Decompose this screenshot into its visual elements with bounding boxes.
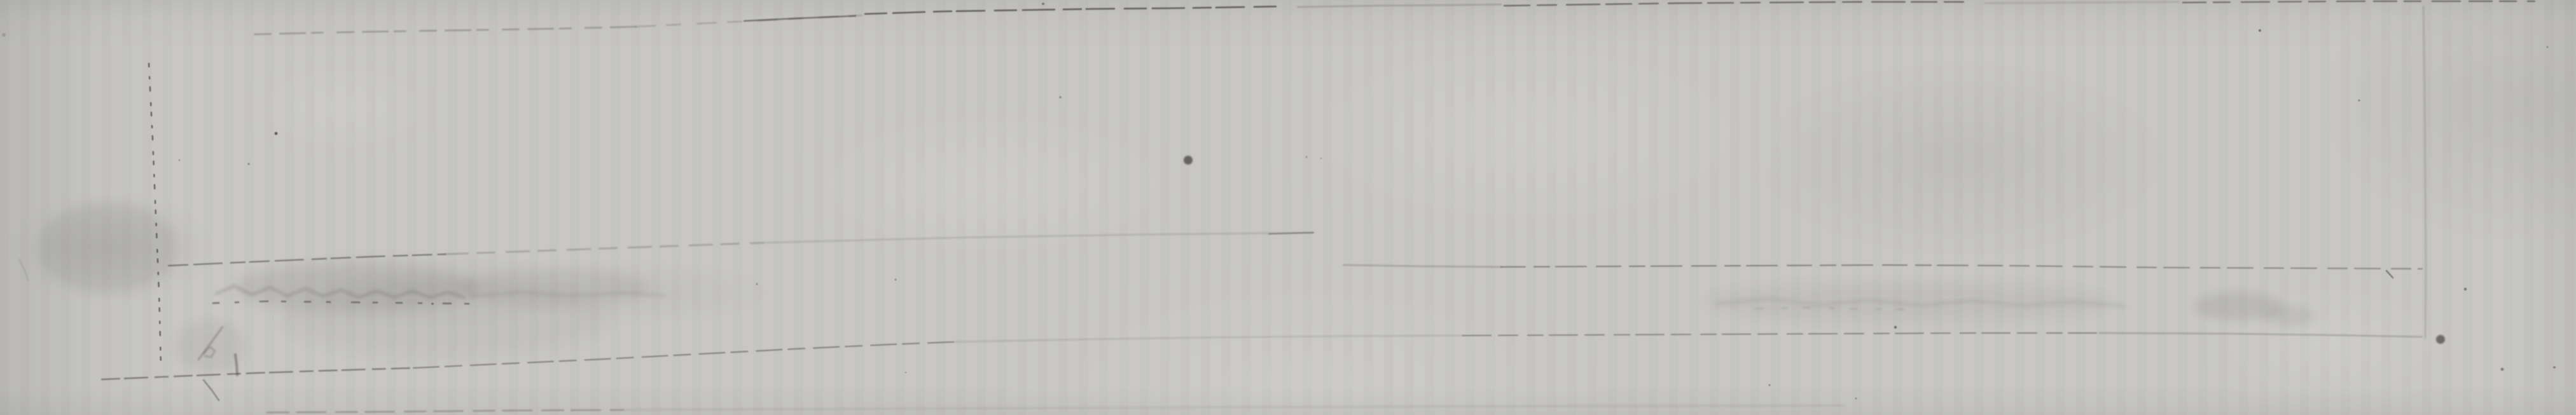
left-edge-fiber — [19, 259, 28, 280]
ink-speck — [756, 283, 758, 285]
right-blotch-b — [2264, 306, 2315, 326]
ink-speck — [1306, 156, 1308, 158]
top-border-line-c — [744, 16, 855, 21]
stain-left-block — [38, 203, 178, 292]
handwriting-wash-c — [280, 280, 611, 356]
ink-blob — [1184, 156, 1193, 165]
row-bottom-line-d — [1463, 333, 2099, 336]
manuscript-scan-page — [0, 0, 2576, 415]
ink-blob — [2436, 335, 2445, 344]
ink-speck — [179, 160, 181, 161]
top-border-line-e — [1298, 4, 1501, 7]
ink-speck — [2358, 99, 2360, 101]
bottom-border-line-a — [267, 410, 623, 412]
ink-speck — [1320, 158, 1322, 160]
ink-speck — [905, 372, 907, 374]
ink-speck — [275, 132, 278, 135]
ink-speck — [2501, 368, 2504, 371]
top-border-line-a — [254, 27, 636, 34]
row-top-line-left-c — [763, 233, 1313, 243]
right-ink-tick — [2386, 271, 2393, 278]
ink-speck — [2547, 46, 2549, 48]
paper-washes — [38, 203, 2315, 372]
row-top-line-left-a — [169, 254, 445, 266]
top-border-line-f — [1504, 2, 1972, 6]
ink-speck — [1059, 96, 1062, 99]
row-top-line-left-b — [445, 243, 763, 254]
row-bottom-line-c — [954, 336, 1463, 342]
row-top-line-right-b — [1501, 265, 2010, 267]
ink-speck — [2553, 366, 2556, 369]
ink-speck — [895, 279, 897, 281]
bottom-border-line-b — [623, 405, 1845, 410]
ink-speck — [2464, 288, 2467, 290]
right-vertical-rule — [2423, 6, 2426, 338]
row-bottom-line-a — [102, 368, 413, 379]
pen-stroke-below-row — [204, 380, 219, 400]
ink-speck — [2259, 29, 2261, 32]
ink-speck — [1768, 384, 1770, 386]
numeral-vertical-trace — [235, 355, 237, 375]
row-bottom-line-e — [2099, 333, 2422, 337]
ink-speck — [247, 163, 249, 165]
ink-speck — [1855, 398, 1857, 400]
ink-speck — [1042, 3, 1044, 5]
row-top-line-right-c — [2010, 266, 2422, 269]
ink-speck — [1894, 326, 1897, 329]
right-handwriting-wash — [1705, 283, 2112, 321]
top-border-line-g — [1984, 2, 2178, 3]
top-border-line-h — [2183, 1, 2535, 3]
top-border-line-d — [865, 6, 1282, 14]
ink-speck — [2, 33, 6, 37]
ink-speck — [431, 303, 434, 305]
row-top-line-right-a — [1343, 265, 1501, 267]
ink-layer — [0, 0, 2576, 415]
